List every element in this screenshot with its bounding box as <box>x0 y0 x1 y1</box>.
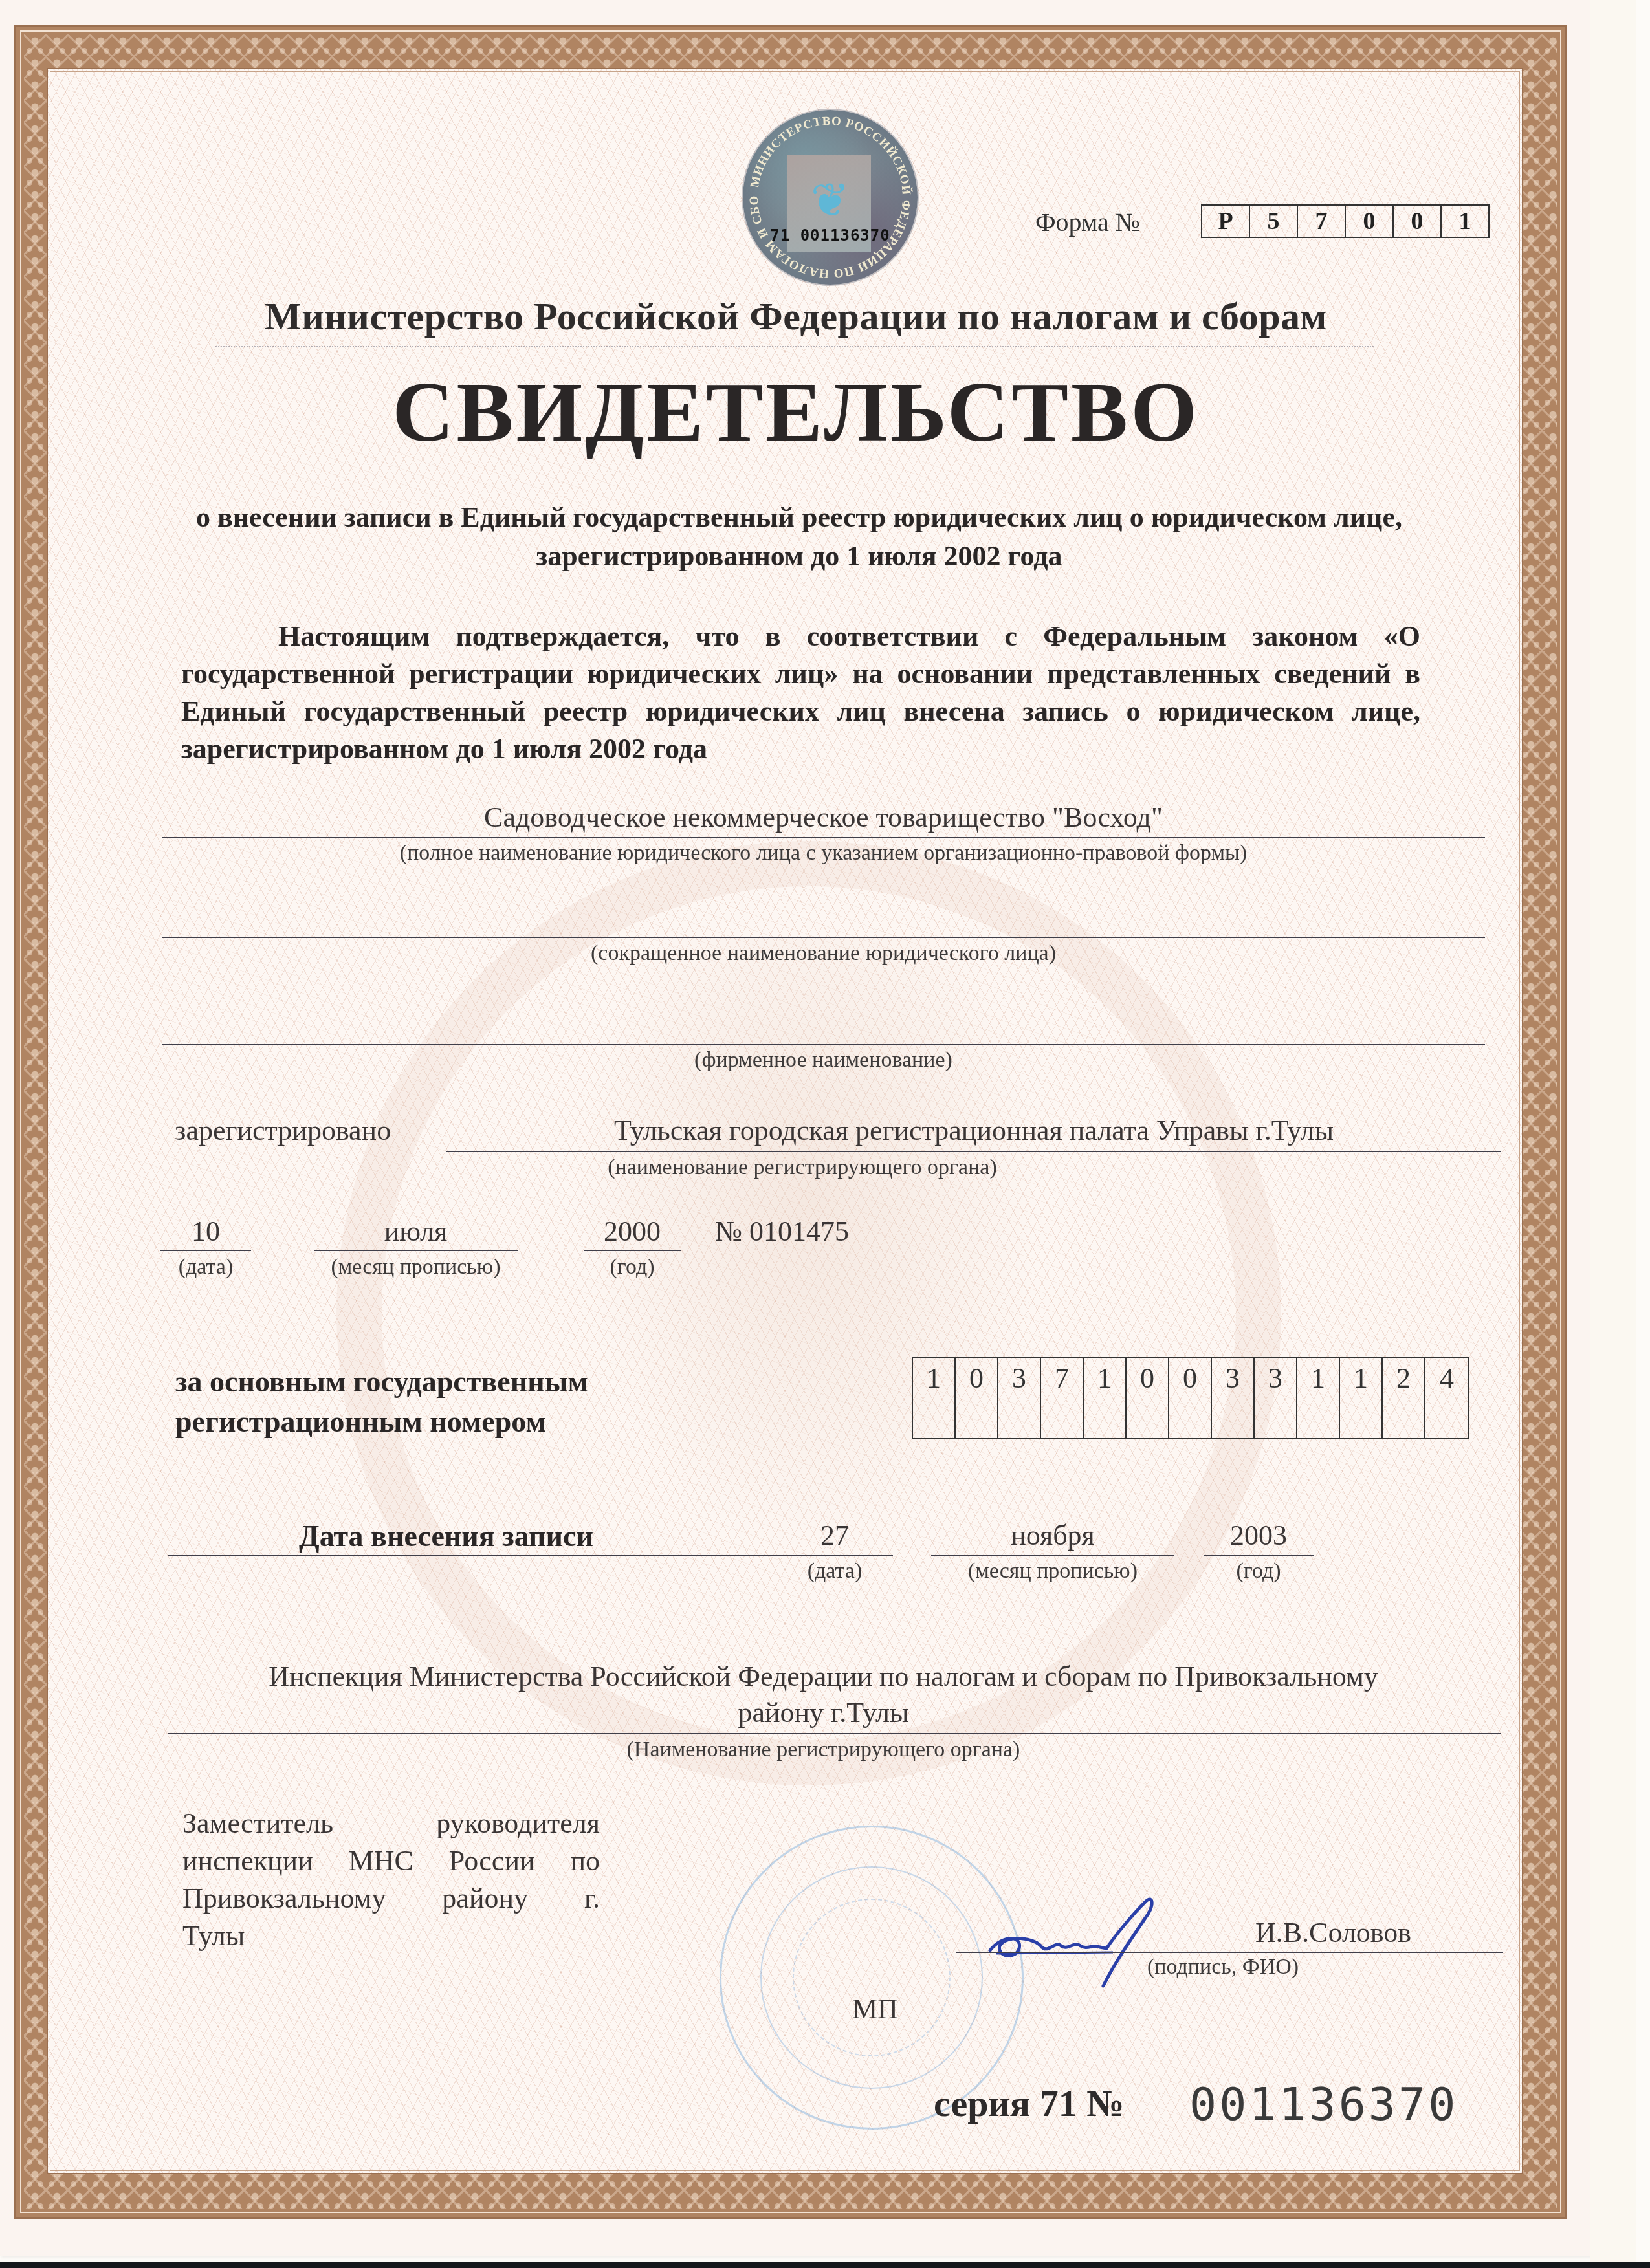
svg-text:МИНИСТЕРСТВО РОССИЙСКОЙ ФЕДЕРА: МИНИСТЕРСТВО РОССИЙСКОЙ ФЕДЕРАЦИИ ПО НАЛ… <box>743 110 914 280</box>
registration-year-caption: (год) <box>584 1255 681 1280</box>
registration-year-line <box>584 1250 681 1251</box>
form-code-cell: Р <box>1202 206 1250 237</box>
form-code-cell: 5 <box>1250 206 1298 237</box>
registration-number: № 0101475 <box>715 1215 849 1248</box>
hologram-seal: ❦ МИНИСТЕРСТВО РОССИЙСКОЙ ФЕДЕРАЦИИ ПО Н… <box>743 110 918 285</box>
hologram-serial: 71 001136370 <box>756 226 905 245</box>
registering-authority-caption: (наименование регистрирующего органа) <box>446 1155 1158 1180</box>
registration-day-line <box>160 1250 251 1251</box>
registering-authority-value: Тульская городская регистрационная палат… <box>446 1114 1501 1147</box>
full-name-line <box>162 837 1485 838</box>
short-name-line <box>162 937 1485 938</box>
ogrn-digit-cell: 0 <box>956 1358 998 1438</box>
series-label: серия 71 № <box>934 2082 1125 2125</box>
document-subtitle: о внесении записи в Единый государственн… <box>168 498 1430 576</box>
signatory-name: И.В.Соловов <box>1255 1916 1411 1949</box>
registration-day: 10 <box>160 1215 251 1248</box>
ogrn-digit-cell: 1 <box>1297 1358 1340 1438</box>
entry-month-caption: (месяц прописью) <box>931 1559 1174 1584</box>
form-code-cell: 7 <box>1298 206 1346 237</box>
ogrn-digit-cell: 0 <box>1169 1358 1212 1438</box>
ogrn-digit-cell: 3 <box>998 1358 1041 1438</box>
entry-year-caption: (год) <box>1204 1559 1314 1584</box>
entry-day-caption: (дата) <box>789 1559 880 1584</box>
registration-day-caption: (дата) <box>160 1255 251 1280</box>
registered-label: зарегистрировано <box>175 1114 391 1147</box>
scan-edge <box>0 2262 1650 2268</box>
ogrn-digit-cell: 4 <box>1425 1358 1468 1438</box>
ministry-rule <box>215 346 1374 347</box>
registering-authority-line <box>446 1151 1501 1152</box>
document-title: СВИДЕТЕЛЬСТВО <box>162 362 1430 461</box>
series-number: 001136370 <box>1189 2078 1458 2131</box>
form-code-cell: 0 <box>1394 206 1442 237</box>
signature-line <box>956 1952 1503 1953</box>
entry-day: 27 <box>789 1519 880 1552</box>
certification-paragraph: Настоящим подтверждается, что в соответс… <box>181 618 1420 768</box>
form-code-cell: 0 <box>1346 206 1394 237</box>
signatory-position-text: Заместитель руководителя инспекции МНС Р… <box>182 1807 600 1914</box>
entry-month-line <box>931 1555 1174 1556</box>
form-code-box: Р57001 <box>1201 204 1490 238</box>
ogrn-digit-cell: 1 <box>1340 1358 1383 1438</box>
signature-caption: (подпись, ФИО) <box>1126 1955 1320 1979</box>
brand-name-caption: (фирменное наименование) <box>162 1048 1485 1073</box>
registration-month: июля <box>314 1215 518 1248</box>
ogrn-digit-cell: 3 <box>1212 1358 1255 1438</box>
ogrn-label-line2: регистрационным номером <box>175 1402 546 1442</box>
seal-placeholder-label: МП <box>852 1992 898 2025</box>
signatory-position: Заместитель руководителя инспекции МНС Р… <box>182 1805 600 1955</box>
entry-year: 2003 <box>1204 1519 1314 1552</box>
ogrn-digit-cell: 0 <box>1127 1358 1169 1438</box>
ogrn-label-line1: за основным государственным <box>175 1362 588 1402</box>
authority-caption: (Наименование регистрирующего органа) <box>162 1738 1485 1762</box>
ministry-heading: Министерство Российской Федерации по нал… <box>162 294 1430 339</box>
ogrn-digit-cell: 1 <box>913 1358 956 1438</box>
entry-day-line <box>168 1555 893 1556</box>
ogrn-digit-cell: 7 <box>1041 1358 1084 1438</box>
registration-year: 2000 <box>584 1215 681 1248</box>
authority-line1: Инспекция Министерства Российской Федера… <box>162 1660 1485 1693</box>
ogrn-digit-cell: 2 <box>1383 1358 1425 1438</box>
scan-margin <box>1590 0 1636 2262</box>
authority-line2: району г.Тулы <box>162 1696 1485 1729</box>
full-name-value: Садоводческое некоммерческое товариществ… <box>162 801 1485 834</box>
hologram-ring-text: МИНИСТЕРСТВО РОССИЙСКОЙ ФЕДЕРАЦИИ ПО НАЛ… <box>743 110 918 285</box>
registration-month-caption: (месяц прописью) <box>314 1255 518 1280</box>
entry-month: ноября <box>931 1519 1174 1552</box>
entry-date-label: Дата внесения записи <box>299 1516 593 1556</box>
brand-name-line <box>162 1044 1485 1045</box>
full-name-caption: (полное наименование юридического лица с… <box>162 841 1485 866</box>
signatory-position-last: Тулы <box>182 1917 600 1955</box>
entry-year-line <box>1204 1555 1314 1556</box>
registration-month-line <box>314 1250 518 1251</box>
ogrn-number-box: 1037100331124 <box>912 1357 1469 1439</box>
ogrn-digit-cell: 3 <box>1255 1358 1297 1438</box>
form-code-cell: 1 <box>1442 206 1488 237</box>
ogrn-digit-cell: 1 <box>1084 1358 1127 1438</box>
short-name-caption: (сокращенное наименование юридического л… <box>162 941 1485 966</box>
form-label: Форма № <box>1035 207 1140 237</box>
authority-line <box>168 1733 1501 1734</box>
